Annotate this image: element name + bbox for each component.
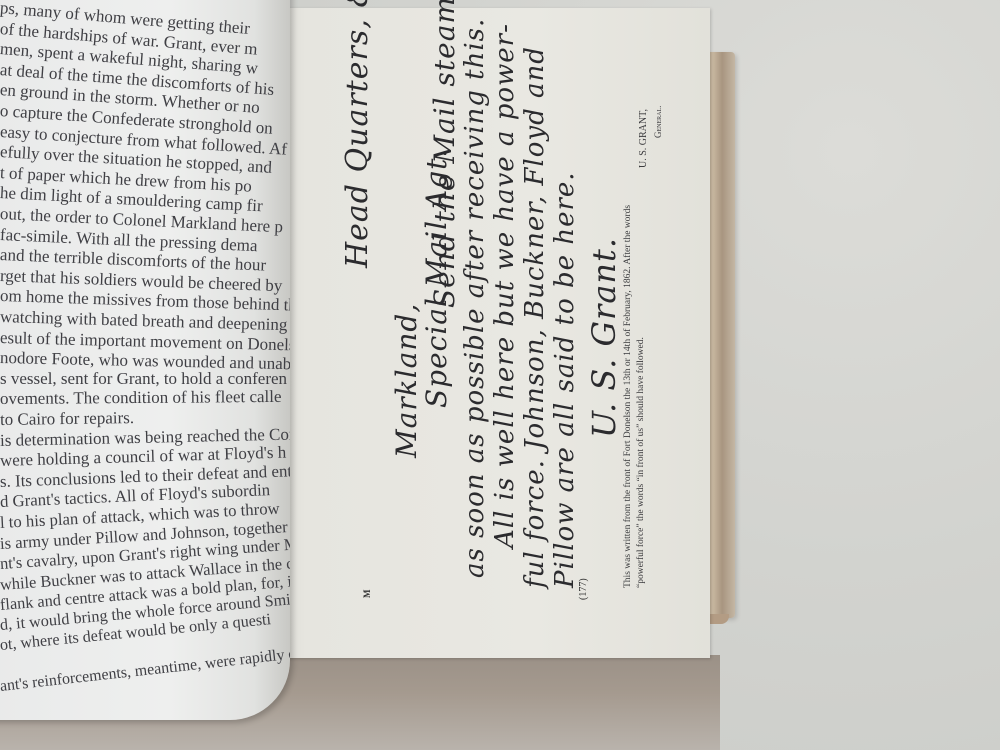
signature-mark: M xyxy=(362,590,372,599)
footnote-signer: U. S. GRANT, xyxy=(638,109,649,168)
footnote-line: “powerful force” the words “in front of … xyxy=(635,0,648,588)
text-line: to Cairo for repairs. xyxy=(0,408,134,430)
letter-body-line: Pillow are all said to be here. xyxy=(550,171,580,588)
letter-body-line: ful force. Johnson, Buckner, Floyd and xyxy=(520,46,550,588)
page-number: (177) xyxy=(578,578,589,600)
letter-heading: Head Quarters, &c. xyxy=(340,0,375,268)
text-line: ovements. The condition of his fleet cal… xyxy=(0,387,282,409)
footnote: This was written from the front of Fort … xyxy=(622,0,648,588)
letter-addressee: Markland, xyxy=(390,303,423,458)
letter-body-line: All is well here but we have a power- xyxy=(490,23,520,548)
letter-body-line: as soon as possible after receiving this… xyxy=(460,18,490,578)
letter-signature: U. S. Grant. xyxy=(585,237,623,438)
footnote-line: This was written from the front of Fort … xyxy=(622,0,635,588)
right-page: Head Quarters, &c. Markland, Special Mai… xyxy=(270,8,710,658)
footnote-rank: General. xyxy=(651,106,666,138)
text-line: s vessel, sent for Grant, to hold a conf… xyxy=(0,369,287,389)
footnote-signature: U. S. GRANT, General. xyxy=(636,106,666,168)
letter-body-line: Send the Mail steamer xyxy=(428,0,461,308)
text-line: ant's reinforcements, meantime, were rap… xyxy=(0,644,290,695)
left-page: ps, many of whom were getting theirof th… xyxy=(0,0,290,720)
facsimile-letter: Head Quarters, &c. Markland, Special Mai… xyxy=(340,8,640,608)
